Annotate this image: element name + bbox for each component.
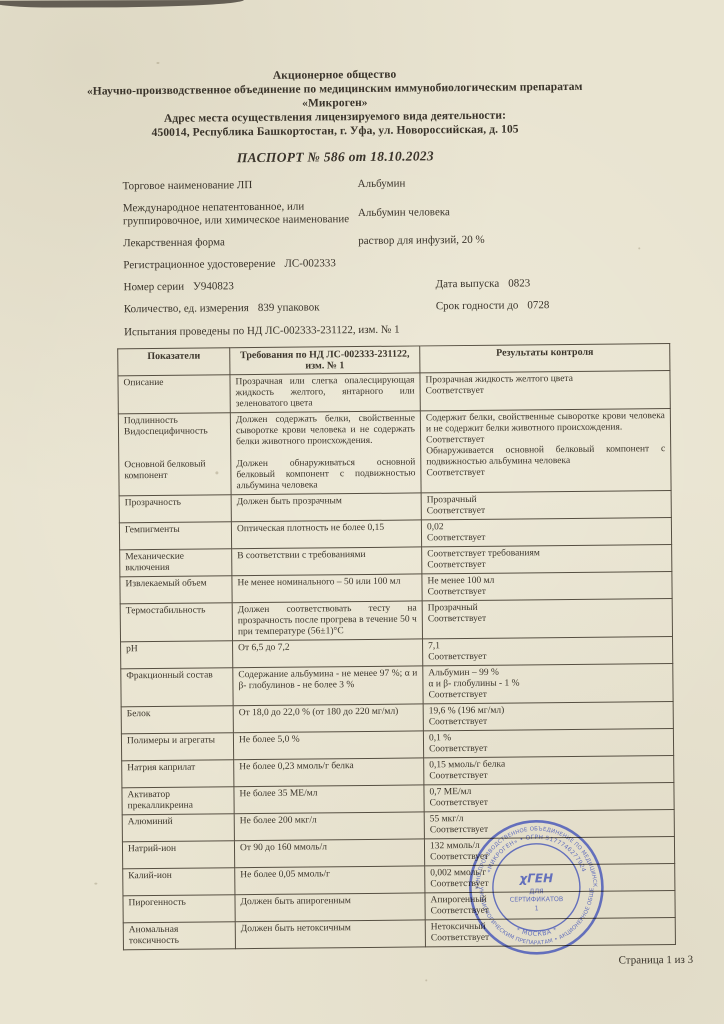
requirement-cell: Прозрачная или слегка опалесцирующая жид… [230, 373, 420, 413]
result-cell: Не менее 100 млСоответствует [422, 572, 672, 601]
quantity-value: 839 упаковок [258, 301, 320, 314]
result-cell: 0,7 МЕ/млСоответствует [424, 783, 674, 812]
expiry-label: Срок годности до [436, 299, 519, 312]
release-date: Дата выпуска0823 [436, 276, 669, 291]
indicator-cell: Механические включения [120, 549, 232, 577]
reg-cert-label: Регистрационное удостоверение [123, 258, 275, 271]
inn-row: Международное непатентованное, или групп… [123, 197, 668, 228]
result-cell: ПрозрачныйСоответствует [422, 599, 672, 639]
trade-name-row: Торговое наименование ЛП Альбумин [123, 175, 668, 193]
reg-cert-row: Регистрационное удостоверениеЛС-002333 [123, 254, 668, 272]
requirement-cell: Должен быть апирогенным [235, 893, 425, 922]
indicator-cell: рН [121, 641, 233, 669]
indicator-cell: Фракционный состав [121, 668, 233, 707]
passport-title: ПАСПОРТ № 586 от 18.10.2023 [53, 147, 617, 168]
paper-speck [425, 979, 427, 981]
indicator-cell: Натрий-ион [122, 841, 234, 869]
indicator-cell: Алюминий [122, 814, 234, 842]
result-cell: Соответствует требованиямСоответствует [422, 545, 672, 574]
indicator-cell: Полимеры и агрегаты [121, 733, 233, 761]
table-row: ТермостабильностьДолжен соответствовать … [120, 599, 672, 642]
quantity-expiry-row: Количество, ед. измерения839 упаковок Ср… [124, 298, 669, 316]
release-date-label: Дата выпуска [436, 278, 500, 291]
requirement-cell: Не более 200 мкг/л [234, 812, 424, 841]
indicator-cell: ПодлинностьВидоспецифичность Основной бе… [118, 413, 231, 496]
requirement-cell: Не более 35 МЕ/мл [234, 785, 424, 814]
indicator-cell: Пирогенность [123, 895, 235, 923]
paper-speck [215, 471, 218, 474]
requirement-cell: Должен быть прозрачным [231, 493, 421, 522]
requirement-cell: От 18,0 до 22,0 % (от 180 до 220 мг/мл) [233, 704, 423, 733]
inn-label: Международное непатентованное, или групп… [123, 200, 358, 228]
tested-per-line: Испытания проведены по НД ЛС-002333-2311… [124, 321, 669, 339]
indicator-cell: Активатор прекалликреина [122, 787, 234, 815]
expiry-value: 0728 [527, 299, 549, 311]
indicator-cell: Извлекаемый объем [120, 576, 232, 604]
trade-name-value: Альбумин [358, 175, 668, 191]
document-header: Акционерное общество «Научно-производств… [53, 66, 618, 141]
indicator-cell: Прозрачность [119, 495, 231, 523]
result-cell: Альбумин – 99 %α и β- глобулины - 1 %Соо… [423, 664, 673, 704]
indicator-cell: Калий-ион [123, 868, 235, 896]
indicator-cell: Белок [121, 706, 233, 734]
col-header-results: Результаты контроля [420, 344, 670, 373]
indicator-cell: Натрия каприлат [122, 760, 234, 788]
reg-cert-value: ЛС-002333 [284, 257, 336, 269]
result-cell: 0,02Соответствует [421, 518, 671, 547]
requirement-cell: В соответствии с требованиями [232, 547, 422, 576]
expiry-date: Срок годности до0728 [436, 298, 669, 313]
stamp-center-logo: χГЕН [518, 871, 553, 885]
requirement-cell: Оптическая плотность не более 0,15 [231, 520, 421, 549]
requirement-cell: Не более 0,05 ммоль/г [235, 866, 425, 895]
col-header-indicators: Показатели [118, 348, 230, 376]
requirement-cell: Содержание альбумина - не менее 97 %; α … [233, 666, 423, 706]
col-header-requirements: Требования по НД ЛС-002333-231122, изм. … [230, 346, 420, 375]
batch-label: Номер серии [124, 281, 185, 294]
requirement-cell: Должен содержать белки, свойственные сыв… [230, 411, 421, 495]
result-cell: Прозрачная жидкость желтого цветаСоответ… [420, 371, 670, 411]
dosage-form-row: Лекарственная форма раствор для инфузий,… [123, 232, 668, 250]
stamp-center-line1: ДЛЯ [529, 887, 543, 895]
requirement-cell: Должен соответствовать тесту на прозрачн… [232, 601, 422, 641]
batch-value: У940823 [193, 280, 234, 292]
dosage-form-value: раствор для инфузий, 20 % [358, 232, 668, 248]
requirement-cell: От 6,5 до 7,2 [233, 639, 423, 668]
fields-section: Торговое наименование ЛП Альбумин Междун… [116, 175, 670, 339]
result-cell: Содержит белки, свойственные сыворотке к… [420, 409, 671, 493]
batch-number: Номер серииУ940823 [124, 278, 436, 294]
requirement-cell: Не более 5,0 % [233, 731, 423, 760]
indicator-cell: Аномальная токсичность [123, 922, 235, 950]
requirement-cell: От 90 до 160 ммоль/л [234, 839, 424, 868]
result-cell: 0,1 %Соответствует [423, 729, 673, 758]
paper-speck [94, 883, 97, 885]
indicator-cell: Описание [118, 375, 230, 414]
result-cell: 0,15 ммоль/г белкаСоответствует [424, 756, 674, 785]
dosage-form-label: Лекарственная форма [123, 235, 358, 250]
scan-edge-artifact [0, 0, 244, 8]
result-cell: ПрозрачныйСоответствует [421, 491, 671, 520]
table-row: ОписаниеПрозрачная или слегка опалесциру… [118, 371, 670, 414]
table-row: ПодлинностьВидоспецифичность Основной бе… [118, 409, 671, 496]
stamp-center-line3: 1 [535, 904, 539, 912]
round-stamp: НАУЧНО-ПРОИЗВОДСТВЕННОЕ ОБЪЕДИНЕНИЕ ПО М… [465, 816, 608, 959]
paper-speck [156, 62, 159, 64]
inn-value: Альбумин человека [358, 204, 668, 220]
result-cell: 7,1Соответствует [423, 637, 673, 666]
release-date-value: 0823 [508, 277, 530, 289]
trade-name-label: Торговое наименование ЛП [123, 178, 358, 193]
requirement-cell: Не более 0,23 ммоль/г белка [234, 758, 424, 787]
indicator-cell: Термостабильность [120, 603, 232, 642]
quantity: Количество, ед. измерения839 упаковок [124, 300, 436, 316]
requirement-cell: Должен быть нетоксичным [235, 920, 425, 949]
stamp-center-line2: СЕРТИФИКАТОВ [510, 895, 564, 904]
requirement-cell: Не менее номинального – 50 или 100 мл [232, 574, 422, 603]
quantity-label: Количество, ед. измерения [124, 302, 249, 315]
indicator-cell: Гемпигменты [119, 522, 231, 550]
result-cell: 19,6 % (196 мг/мл)Соответствует [423, 702, 673, 731]
batch-date-row: Номер серииУ940823 Дата выпуска0823 [124, 276, 669, 294]
paper-speck [638, 247, 640, 249]
scanned-passport-sheet: Акционерное общество «Научно-производств… [0, 0, 724, 1024]
table-row: Фракционный составСодержание альбумина -… [121, 664, 673, 707]
